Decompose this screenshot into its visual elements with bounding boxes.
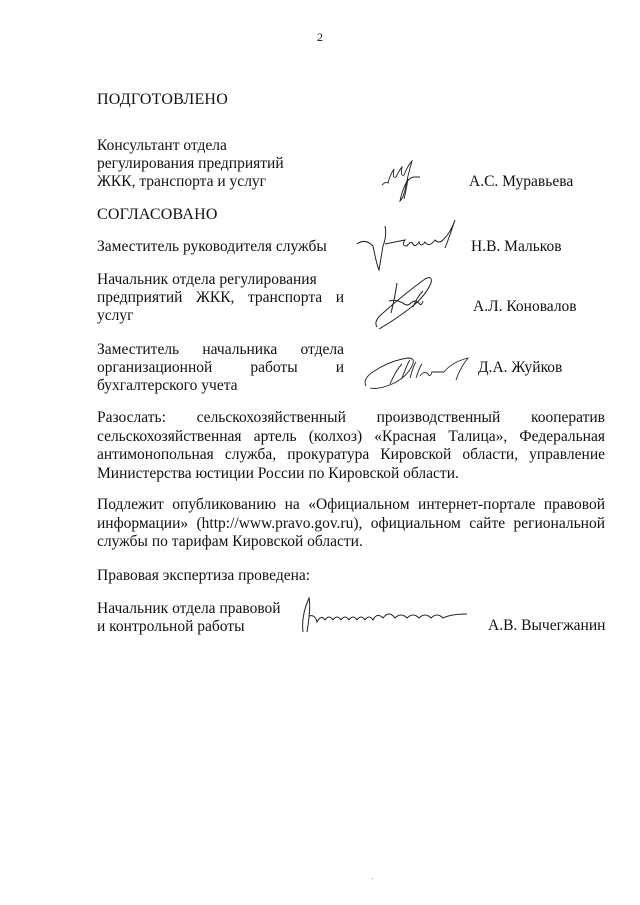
position-line: Заместитель руководителя службы: [97, 238, 327, 256]
agreed-signer-2-position: Начальник отдела регулирования предприят…: [97, 271, 344, 325]
agreed-heading: СОГЛАСОВАНО: [97, 206, 218, 224]
agreed-signer-3-name: Д.А. Жуйков: [478, 359, 562, 377]
scan-artifact-dot: [372, 878, 373, 879]
agreed-signer-2-name: А.Л. Коновалов: [473, 298, 577, 316]
prepared-heading: ПОДГОТОВЛЕНО: [97, 91, 228, 109]
signature-konovalov: [373, 273, 453, 333]
position-line: услуг: [97, 307, 344, 325]
position-line: регулирования предприятий: [97, 155, 284, 173]
distribution-paragraph: Разослать: сельскохозяйственный производ…: [97, 409, 605, 483]
page-number: 2: [0, 30, 640, 45]
position-line: Начальник отдела правовой: [97, 600, 281, 618]
position-line: Начальник отдела регулирования: [97, 271, 344, 289]
publication-paragraph: Подлежит опубликованию на «Официальном и…: [97, 496, 605, 552]
signature-malkov: [355, 218, 475, 278]
position-line: Консультант отдела: [97, 137, 284, 155]
agreed-signer-1-position: Заместитель руководителя службы: [97, 238, 327, 256]
position-line: и контрольной работы: [97, 618, 281, 636]
prepared-signer-position: Консультант отдела регулирования предпри…: [97, 137, 284, 191]
signature-muravyeva: [380, 155, 440, 205]
agreed-signer-1-name: Н.В. Мальков: [471, 238, 562, 256]
position-line: Заместитель начальника отдела: [97, 341, 344, 359]
signature-vychegzhanin: [295, 596, 475, 636]
position-line: ЖКК, транспорта и услуг: [97, 173, 284, 191]
position-line: организационной работы и: [97, 359, 344, 377]
signature-zhuykov: [362, 350, 477, 392]
legal-review-heading: Правовая экспертиза проведена:: [97, 567, 310, 585]
agreed-signer-3-position: Заместитель начальника отдела организаци…: [97, 341, 344, 395]
position-line: предприятий ЖКК, транспорта и: [97, 289, 344, 307]
legal-review-signer-position: Начальник отдела правовой и контрольной …: [97, 600, 281, 636]
position-line: бухгалтерского учета: [97, 377, 344, 395]
legal-review-signer-name: А.В. Вычегжанин: [488, 617, 605, 635]
prepared-signer-name: А.С. Муравьева: [469, 173, 573, 191]
